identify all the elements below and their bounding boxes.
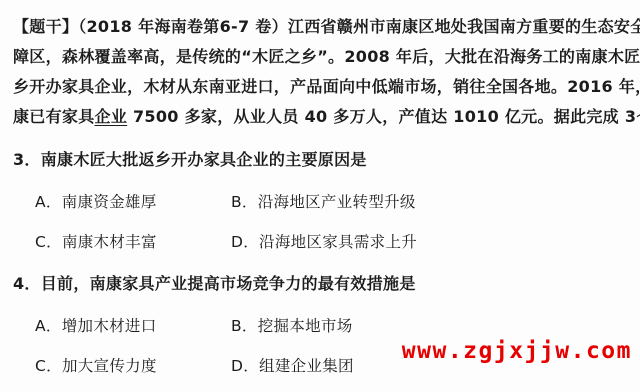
- question-4-option-a: A．增加木材进口: [35, 315, 231, 337]
- option-text: 组建企业集团: [259, 357, 354, 375]
- question-4-stem: 4．目前，南康家具产业提高市场竞争力的最有效措施是: [13, 273, 630, 295]
- question-3-text: 南康木匠大批返乡开办家具企业的主要原因是: [41, 150, 367, 169]
- option-text: 南康资金雄厚: [62, 193, 157, 211]
- intro-line-2: 障区，森林覆盖率高，是传统的“木匠之乡”。2008 年后，大批在沿海务工的南康木…: [13, 42, 630, 72]
- option-text: 增加木材进口: [62, 317, 157, 335]
- option-label: B．: [231, 193, 258, 211]
- intro-line-1: 【题干】（2018 年海南卷第6-7 卷）江西省赣州市南康区地处我国南方重要的生…: [13, 12, 630, 42]
- underlined-word: 企业: [95, 107, 128, 126]
- question-3-number: 3．: [13, 150, 41, 169]
- option-text: 沿海地区家具需求上升: [259, 233, 417, 251]
- intro-line-4: 康已有家具企业 7500 多家，从业人员 40 多万人，产值达 1010 亿元。…: [13, 102, 630, 132]
- intro-line-3: 乡开办家具企业，木材从东南亚进口，产品面向中低端市场，销往全国各地。2016 年…: [13, 72, 630, 102]
- question-3-option-c: C．南康木材丰富: [35, 231, 231, 253]
- option-text: 加大宣传力度: [62, 357, 157, 375]
- question-4-number: 4．: [13, 274, 41, 293]
- option-label: C．: [35, 233, 62, 251]
- site-watermark: www.zgjxjjw.com: [402, 338, 632, 364]
- question-3-option-b: B．沿海地区产业转型升级: [231, 191, 630, 213]
- option-label: B．: [231, 317, 258, 335]
- option-label: A．: [35, 317, 62, 335]
- option-text: 南康木材丰富: [62, 233, 157, 251]
- option-label: D．: [231, 233, 259, 251]
- intro-line-1-text: 江西省赣州市南康区地处我国南方重要的生态安全屏: [288, 17, 640, 36]
- option-text: 沿海地区产业转型升级: [258, 193, 416, 211]
- question-4-text: 目前，南康家具产业提高市场竞争力的最有效措施是: [41, 274, 416, 293]
- question-3-stem: 3．南康木匠大批返乡开办家具企业的主要原因是: [13, 149, 630, 171]
- intro-line-4-before: 康已有家具: [13, 107, 95, 126]
- intro-line-4-after: 7500 多家，从业人员 40 多万人，产值达 1010 亿元。据此完成 3～4…: [127, 107, 640, 126]
- option-label: A．: [35, 193, 62, 211]
- question-3-option-d: D．沿海地区家具需求上升: [231, 231, 630, 253]
- question-3-options: A．南康资金雄厚 B．沿海地区产业转型升级 C．南康木材丰富 D．沿海地区家具需…: [13, 191, 630, 253]
- option-text: 挖掘本地市场: [258, 317, 353, 335]
- option-label: C．: [35, 357, 62, 375]
- question-4-option-b: B．挖掘本地市场: [231, 315, 630, 337]
- question-3-option-a: A．南康资金雄厚: [35, 191, 231, 213]
- question-intro-paragraph: 【题干】（2018 年海南卷第6-7 卷）江西省赣州市南康区地处我国南方重要的生…: [13, 12, 630, 132]
- option-label: D．: [231, 357, 259, 375]
- question-4-option-c: C．加大宣传力度: [35, 355, 231, 377]
- question-source-tag: 【题干】（2018 年海南卷第6-7 卷）: [13, 17, 288, 36]
- exam-question-page: 【题干】（2018 年海南卷第6-7 卷）江西省赣州市南康区地处我国南方重要的生…: [0, 0, 640, 392]
